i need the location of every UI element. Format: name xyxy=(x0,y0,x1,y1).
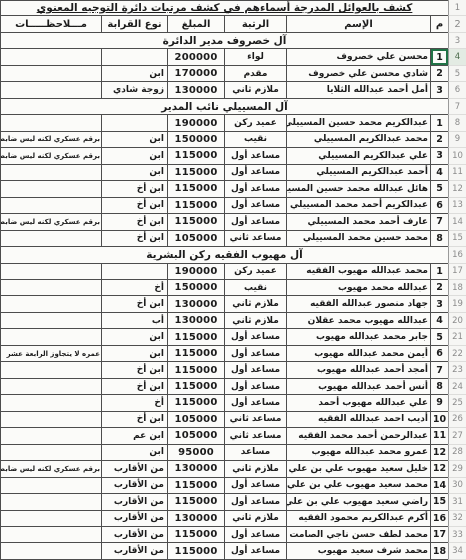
cell-serial[interactable]: 2 xyxy=(430,66,448,82)
table-row: 9 2 محمد عبدالكريم المسييلي نقيب 150000 … xyxy=(0,132,466,148)
row-number[interactable]: 5 xyxy=(448,66,466,82)
table-row: 22 6 أيمن محمد عبدالله مهيوب مساعد أول 1… xyxy=(0,346,466,362)
cell-notes[interactable] xyxy=(0,445,101,461)
table-row: 17 1 محمد عبدالله مهيوب الفقيه عميد ركن … xyxy=(0,264,466,280)
cell-relation[interactable] xyxy=(101,49,167,65)
cell-name[interactable]: جهاد منصور عبدالله الفقيه xyxy=(286,296,430,312)
cell-name[interactable]: هائل عبدالله محمد حسين المسييلي xyxy=(286,181,430,197)
table-row: 19 3 جهاد منصور عبدالله الفقيه ملازم ثان… xyxy=(0,296,466,312)
cell-rank[interactable]: مساعد أول xyxy=(224,346,286,362)
table-row: 25 9 علي عبدالله مهيوب أحمد مساعد أول 11… xyxy=(0,395,466,411)
cell-name[interactable]: أمجد أحمد عبدالله مهيوب xyxy=(286,362,430,378)
table-row: 15 8 محمد حسين محمد المسييلي مساعد ثاني … xyxy=(0,231,466,247)
cell-rank[interactable]: ملازم ثاني xyxy=(224,461,286,477)
cell-rank[interactable]: مساعد أول xyxy=(224,494,286,510)
table-row: 24 8 أنس أحمد عبدالله مهيوب مساعد أول 11… xyxy=(0,379,466,395)
cell-serial[interactable]: 12 xyxy=(430,445,448,461)
row-number[interactable]: 13 xyxy=(448,198,466,214)
cell-name[interactable]: محمد شرف سعيد مهيوب xyxy=(286,543,430,559)
cell-notes[interactable] xyxy=(0,280,101,296)
row-number[interactable]: 11 xyxy=(448,165,466,181)
cell-notes[interactable]: برقم عسكري لكنه ليس ضابطا xyxy=(0,214,101,230)
cell-name[interactable]: عمرو محمد عبدالله مهيوب xyxy=(286,445,430,461)
cell-notes[interactable] xyxy=(0,395,101,411)
row-number[interactable]: 29 xyxy=(448,461,466,477)
row-number[interactable]: 7 xyxy=(448,99,466,115)
cell-notes[interactable]: برقم عسكري لكنه ليس ضابطا xyxy=(0,148,101,164)
row-number[interactable]: 33 xyxy=(448,527,466,543)
row-number[interactable]: 27 xyxy=(448,428,466,444)
cell-name[interactable]: عبدالكريم محمد حسين المسييلي xyxy=(286,115,430,131)
cell-serial[interactable]: 9 xyxy=(430,395,448,411)
cell-serial[interactable]: 1 xyxy=(430,115,448,131)
cell-relation[interactable]: ابن أخ xyxy=(101,362,167,378)
table-row: 32 16 أكرم عبدالكريم محمود الفقيه ملازم … xyxy=(0,511,466,527)
row-number[interactable]: 26 xyxy=(448,412,466,428)
cell-name[interactable]: عبدالله مهيوب محمد عقلان xyxy=(286,313,430,329)
cell-serial[interactable]: 8 xyxy=(430,379,448,395)
row-number[interactable]: 32 xyxy=(448,511,466,527)
cell-relation[interactable]: ابن أخ xyxy=(101,231,167,247)
cell-name[interactable]: علي عبدالكريم المسييلي xyxy=(286,148,430,164)
cell-name[interactable]: عارف أحمد محمد المسييلي xyxy=(286,214,430,230)
row-number[interactable]: 31 xyxy=(448,494,466,510)
table-row: 8 1 عبدالكريم محمد حسين المسييلي عميد رك… xyxy=(0,115,466,131)
cell-relation[interactable]: ابن xyxy=(101,346,167,362)
cell-amount[interactable]: 115000 xyxy=(167,362,224,378)
cell-serial[interactable]: 1 xyxy=(430,264,448,280)
cell-amount[interactable]: 115000 xyxy=(167,379,224,395)
table-row: 13 6 عبدالكريم أحمد محمد المسييلي مساعد … xyxy=(0,198,466,214)
cell-notes[interactable]: برقم عسكري لكنه ليس ضابطا xyxy=(0,461,101,477)
cell-name[interactable]: أديب احمد عبدالله الفقيه xyxy=(286,412,430,428)
row-number[interactable]: 20 xyxy=(448,313,466,329)
table-row: 21 5 جابر محمد عبدالله مهيوب مساعد أول 1… xyxy=(0,329,466,345)
row-number[interactable]: 25 xyxy=(448,395,466,411)
table-row: 27 11 عبدالرحمن أحمد محمد الفقيه مساعد ث… xyxy=(0,428,466,444)
cell-rank[interactable]: مساعد أول xyxy=(224,329,286,345)
cell-amount[interactable]: 115000 xyxy=(167,165,224,181)
cell-name[interactable]: علي عبدالله مهيوب أحمد xyxy=(286,395,430,411)
cell-rank[interactable]: ملازم ثاني xyxy=(224,82,286,98)
row-number[interactable]: 24 xyxy=(448,379,466,395)
cell-notes[interactable] xyxy=(0,181,101,197)
table-row: 12 5 هائل عبدالله محمد حسين المسييلي مسا… xyxy=(0,181,466,197)
row-number[interactable]: 34 xyxy=(448,543,466,559)
cell-notes[interactable]: عمره لا يتجاوز الرابعة عشر xyxy=(0,346,101,362)
row-number[interactable]: 14 xyxy=(448,214,466,230)
cell-serial[interactable]: 12 xyxy=(430,461,448,477)
cell-rank[interactable]: مساعد أول xyxy=(224,181,286,197)
cell-relation[interactable]: ابن أخ xyxy=(101,181,167,197)
sheet-title[interactable]: كشف بالعوائل المدرجة أسماءهم في كشف مرتب… xyxy=(0,0,448,16)
cell-notes[interactable] xyxy=(0,362,101,378)
cell-rank[interactable]: لواء xyxy=(224,49,286,65)
cell-amount[interactable]: 190000 xyxy=(167,264,224,280)
column-header-m[interactable]: م xyxy=(430,16,448,32)
table-row: 23 7 أمجد أحمد عبدالله مهيوب مساعد أول 1… xyxy=(0,362,466,378)
table-row: 26 10 أديب احمد عبدالله الفقيه مساعد ثان… xyxy=(0,412,466,428)
cell-relation[interactable]: ابن xyxy=(101,165,167,181)
row-number[interactable]: 28 xyxy=(448,445,466,461)
table-row: 33 17 محمد لطف حسن ناجي الصامت مساعد أول… xyxy=(0,527,466,543)
table-row: 5 2 شادي محسن علي خصروف مقدم 170000 ابن xyxy=(0,66,466,82)
cell-relation[interactable]: من الأقارب xyxy=(101,494,167,510)
cell-serial[interactable]: 2 xyxy=(430,132,448,148)
cell-relation[interactable]: ابن xyxy=(101,132,167,148)
cell-serial[interactable]: 7 xyxy=(430,362,448,378)
cell-amount[interactable]: 115000 xyxy=(167,527,224,543)
family-section-title[interactable]: آل مهيوب الفقيه ركن البشرية xyxy=(0,247,448,263)
cell-serial[interactable]: 3 xyxy=(430,82,448,98)
cell-relation[interactable]: ابن أخ xyxy=(101,296,167,312)
row-number[interactable]: 4 xyxy=(448,49,466,65)
table-header-row: 2 م الإسم الرتبة المبلغ نوع القرابة مـــ… xyxy=(0,16,466,32)
cell-rank[interactable]: مساعد ثاني xyxy=(224,428,286,444)
cell-name[interactable]: خليل سعيد مهيوب علي بن علي xyxy=(286,461,430,477)
row-number[interactable]: 8 xyxy=(448,115,466,131)
table-row: 29 12 خليل سعيد مهيوب علي بن علي ملازم ث… xyxy=(0,461,466,477)
cell-rank[interactable]: عميد ركن xyxy=(224,264,286,280)
cell-relation[interactable]: ابن أخ xyxy=(101,412,167,428)
cell-rank[interactable]: مساعد أول xyxy=(224,362,286,378)
cell-relation[interactable]: ابن عم xyxy=(101,428,167,444)
cell-amount[interactable]: 190000 xyxy=(167,115,224,131)
cell-name[interactable]: محمد عبدالكريم المسييلي xyxy=(286,132,430,148)
cell-amount[interactable]: 115000 xyxy=(167,181,224,197)
cell-name[interactable]: أنس أحمد عبدالله مهيوب xyxy=(286,379,430,395)
cell-name[interactable]: أكرم عبدالكريم محمود الفقيه xyxy=(286,511,430,527)
column-header-notes[interactable]: مـــلاحظـــــات xyxy=(0,16,101,32)
table-row: 20 4 عبدالله مهيوب محمد عقلان ملازم ثاني… xyxy=(0,313,466,329)
cell-relation[interactable]: من الأقارب xyxy=(101,461,167,477)
family-section-title[interactable]: آل المسييلي نائب المدير xyxy=(0,99,448,115)
cell-rank[interactable]: مساعد أول xyxy=(224,478,286,494)
cell-serial[interactable]: 10 xyxy=(430,412,448,428)
cell-notes[interactable] xyxy=(0,66,101,82)
cell-notes[interactable] xyxy=(0,412,101,428)
cell-name[interactable]: شادي محسن علي خصروف xyxy=(286,66,430,82)
cell-rank[interactable]: ملازم ثاني xyxy=(224,313,286,329)
cell-serial[interactable]: 18 xyxy=(430,543,448,559)
cell-amount[interactable]: 130000 xyxy=(167,82,224,98)
cell-notes[interactable] xyxy=(0,379,101,395)
cell-rank[interactable]: ملازم ثاني xyxy=(224,511,286,527)
cell-amount[interactable]: 115000 xyxy=(167,198,224,214)
cell-amount[interactable]: 150000 xyxy=(167,132,224,148)
cell-amount[interactable]: 115000 xyxy=(167,543,224,559)
cell-rank[interactable]: مساعد أول xyxy=(224,165,286,181)
cell-relation[interactable]: من الأقارب xyxy=(101,478,167,494)
cell-amount[interactable]: 115000 xyxy=(167,494,224,510)
cell-serial[interactable]: 6 xyxy=(430,198,448,214)
cell-rank[interactable]: مساعد أول xyxy=(224,148,286,164)
cell-amount[interactable]: 105000 xyxy=(167,412,224,428)
cell-serial[interactable]: 7 xyxy=(430,214,448,230)
family-section-row: 16 آل مهيوب الفقيه ركن البشرية xyxy=(0,247,466,263)
cell-rank[interactable]: نقيب xyxy=(224,132,286,148)
cell-name[interactable]: أحمد عبدالكريم المسييلي xyxy=(286,165,430,181)
row-number[interactable]: 23 xyxy=(448,362,466,378)
cell-amount[interactable]: 200000 xyxy=(167,49,224,65)
cell-serial[interactable]: 11 xyxy=(430,428,448,444)
cell-amount[interactable]: 105000 xyxy=(167,428,224,444)
cell-serial[interactable]: 6 xyxy=(430,346,448,362)
cell-name[interactable]: أيمن محمد عبدالله مهيوب xyxy=(286,346,430,362)
cell-notes[interactable] xyxy=(0,82,101,98)
cell-notes[interactable] xyxy=(0,231,101,247)
cell-notes[interactable] xyxy=(0,165,101,181)
row-number[interactable]: 30 xyxy=(448,478,466,494)
row-number[interactable]: 6 xyxy=(448,82,466,98)
table-row: 1 كشف بالعوائل المدرجة أسماءهم في كشف مر… xyxy=(0,0,466,16)
table-row: 11 4 أحمد عبدالكريم المسييلي مساعد أول 1… xyxy=(0,165,466,181)
cell-serial[interactable]: 4 xyxy=(430,313,448,329)
row-number[interactable]: 1 xyxy=(448,0,466,16)
cell-serial[interactable]: 15 xyxy=(430,494,448,510)
cell-amount[interactable]: 115000 xyxy=(167,214,224,230)
cell-name[interactable]: محمد سعيد مهيوب علي بن علي xyxy=(286,478,430,494)
cell-rank[interactable]: نقيب xyxy=(224,280,286,296)
row-number[interactable]: 12 xyxy=(448,181,466,197)
cell-name[interactable]: أمل أحمد عبدالله الثلايا xyxy=(286,82,430,98)
row-number[interactable]: 22 xyxy=(448,346,466,362)
cell-relation[interactable]: أخ xyxy=(101,280,167,296)
spreadsheet: 1 كشف بالعوائل المدرجة أسماءهم في كشف مر… xyxy=(0,0,466,560)
cell-notes[interactable] xyxy=(0,198,101,214)
table-row: 4 1 محسن علي خصروف لواء 200000 xyxy=(0,49,466,65)
cell-amount[interactable]: 115000 xyxy=(167,395,224,411)
cell-amount[interactable]: 115000 xyxy=(167,148,224,164)
cell-name[interactable]: محمد عبدالله مهيوب الفقيه xyxy=(286,264,430,280)
cell-rank[interactable]: مساعد ثاني xyxy=(224,412,286,428)
cell-notes[interactable] xyxy=(0,264,101,280)
row-number[interactable]: 2 xyxy=(448,16,466,32)
row-number[interactable]: 18 xyxy=(448,280,466,296)
column-header-rank[interactable]: الرتبة xyxy=(224,16,286,32)
cell-relation[interactable] xyxy=(101,264,167,280)
table-row: 10 3 علي عبدالكريم المسييلي مساعد أول 11… xyxy=(0,148,466,164)
cell-notes[interactable] xyxy=(0,49,101,65)
table-row: 31 15 راضي سعيد مهيوب علي بن علي مساعد أ… xyxy=(0,494,466,510)
cell-notes[interactable] xyxy=(0,527,101,543)
cell-relation[interactable]: من الأقارب xyxy=(101,543,167,559)
cell-serial[interactable]: 3 xyxy=(430,296,448,312)
cell-serial[interactable]: 17 xyxy=(430,527,448,543)
cell-amount[interactable]: 150000 xyxy=(167,280,224,296)
family-section-row: 3 آل خصروف مدير الدائرة xyxy=(0,33,466,49)
cell-rank[interactable]: ملازم ثاني xyxy=(224,296,286,312)
cell-rank[interactable]: مساعد أول xyxy=(224,395,286,411)
table-row: 14 7 عارف أحمد محمد المسييلي مساعد أول 1… xyxy=(0,214,466,230)
cell-amount[interactable]: 95000 xyxy=(167,445,224,461)
cell-amount[interactable]: 105000 xyxy=(167,231,224,247)
cell-serial[interactable]: 2 xyxy=(430,280,448,296)
cell-name[interactable]: عبدالرحمن أحمد محمد الفقيه xyxy=(286,428,430,444)
cell-relation[interactable]: ابن xyxy=(101,445,167,461)
cell-name[interactable]: محسن علي خصروف xyxy=(286,49,430,65)
row-number[interactable]: 10 xyxy=(448,148,466,164)
cell-serial[interactable]: 16 xyxy=(430,511,448,527)
family-section-title[interactable]: آل خصروف مدير الدائرة xyxy=(0,33,448,49)
cell-relation[interactable]: من الأقارب xyxy=(101,527,167,543)
cell-notes[interactable] xyxy=(0,296,101,312)
column-header-relation[interactable]: نوع القرابة xyxy=(101,16,167,32)
cell-relation[interactable]: زوجة شادي xyxy=(101,82,167,98)
cell-serial[interactable]: 5 xyxy=(430,329,448,345)
cell-relation[interactable] xyxy=(101,115,167,131)
cell-name[interactable]: محمد لطف حسن ناجي الصامت xyxy=(286,527,430,543)
cell-rank[interactable]: مساعد أول xyxy=(224,214,286,230)
cell-relation[interactable]: ابن أخ xyxy=(101,214,167,230)
cell-relation[interactable]: ابن أخ xyxy=(101,379,167,395)
cell-notes[interactable] xyxy=(0,329,101,345)
cell-amount[interactable]: 170000 xyxy=(167,66,224,82)
cell-serial[interactable]: 5 xyxy=(430,181,448,197)
cell-rank[interactable]: مقدم xyxy=(224,66,286,82)
row-number[interactable]: 21 xyxy=(448,329,466,345)
cell-amount[interactable]: 130000 xyxy=(167,461,224,477)
cell-notes[interactable]: برقم عسكري لكنه ليس ضابطا xyxy=(0,132,101,148)
cell-amount[interactable]: 130000 xyxy=(167,511,224,527)
table-row: 18 2 عبدالله محمد مهيوب نقيب 150000 أخ xyxy=(0,280,466,296)
table-row: 34 18 محمد شرف سعيد مهيوب مساعد أول 1150… xyxy=(0,543,466,559)
cell-rank[interactable]: مساعد xyxy=(224,445,286,461)
row-number[interactable]: 3 xyxy=(448,33,466,49)
row-number[interactable]: 16 xyxy=(448,247,466,263)
cell-rank[interactable]: مساعد أول xyxy=(224,527,286,543)
cell-serial[interactable]: 3 xyxy=(430,148,448,164)
column-header-amount[interactable]: المبلغ xyxy=(167,16,224,32)
column-header-name[interactable]: الإسم xyxy=(286,16,430,32)
cell-notes[interactable] xyxy=(0,511,101,527)
cell-serial[interactable]: 8 xyxy=(430,231,448,247)
row-number[interactable]: 15 xyxy=(448,231,466,247)
cell-amount[interactable]: 115000 xyxy=(167,329,224,345)
cell-amount[interactable]: 115000 xyxy=(167,478,224,494)
row-number[interactable]: 19 xyxy=(448,296,466,312)
cell-notes[interactable] xyxy=(0,478,101,494)
cell-amount[interactable]: 115000 xyxy=(167,346,224,362)
cell-name[interactable]: راضي سعيد مهيوب علي بن علي xyxy=(286,494,430,510)
cell-rank[interactable]: مساعد أول xyxy=(224,198,286,214)
cell-name[interactable]: جابر محمد عبدالله مهيوب xyxy=(286,329,430,345)
cell-rank[interactable]: عميد ركن xyxy=(224,115,286,131)
cell-serial[interactable]: 4 xyxy=(430,165,448,181)
cell-notes[interactable] xyxy=(0,428,101,444)
cell-notes[interactable] xyxy=(0,494,101,510)
cell-relation[interactable]: ابن xyxy=(101,66,167,82)
cell-relation[interactable]: من الأقارب xyxy=(101,511,167,527)
cell-amount[interactable]: 130000 xyxy=(167,313,224,329)
cell-relation[interactable]: ابن أخ xyxy=(101,198,167,214)
row-number[interactable]: 9 xyxy=(448,132,466,148)
cell-name[interactable]: عبدالكريم أحمد محمد المسييلي xyxy=(286,198,430,214)
table-row: 6 3 أمل أحمد عبدالله الثلايا ملازم ثاني … xyxy=(0,82,466,98)
cell-rank[interactable]: مساعد ثاني xyxy=(224,231,286,247)
cell-notes[interactable] xyxy=(0,543,101,559)
cell-relation[interactable]: أخ xyxy=(101,395,167,411)
cell-notes[interactable] xyxy=(0,115,101,131)
family-section-row: 7 آل المسييلي نائب المدير xyxy=(0,99,466,115)
row-number[interactable]: 17 xyxy=(448,264,466,280)
cell-serial[interactable]: 1 xyxy=(430,49,448,65)
cell-rank[interactable]: مساعد أول xyxy=(224,379,286,395)
cell-relation[interactable]: أب xyxy=(101,313,167,329)
cell-serial[interactable]: 14 xyxy=(430,478,448,494)
cell-name[interactable]: محمد حسين محمد المسييلي xyxy=(286,231,430,247)
table-row: 28 12 عمرو محمد عبدالله مهيوب مساعد 9500… xyxy=(0,445,466,461)
cell-relation[interactable]: ابن xyxy=(101,329,167,345)
cell-amount[interactable]: 130000 xyxy=(167,296,224,312)
cell-relation[interactable]: ابن xyxy=(101,148,167,164)
table-row: 30 14 محمد سعيد مهيوب علي بن علي مساعد أ… xyxy=(0,478,466,494)
cell-rank[interactable]: مساعد أول xyxy=(224,543,286,559)
cell-notes[interactable] xyxy=(0,313,101,329)
cell-name[interactable]: عبدالله محمد مهيوب xyxy=(286,280,430,296)
